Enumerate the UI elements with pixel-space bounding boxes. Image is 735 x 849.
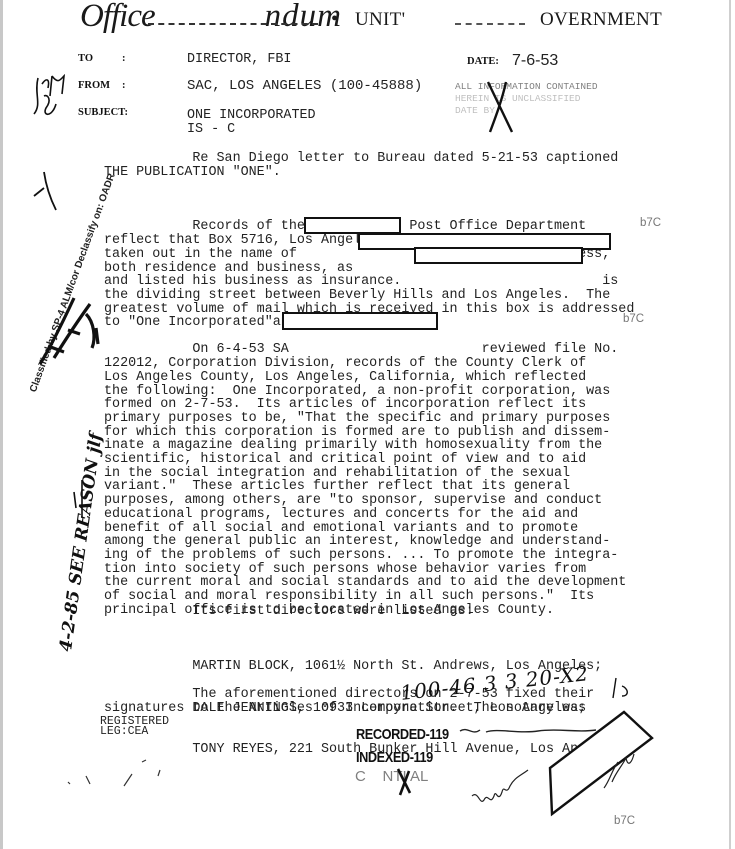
subject-label: SUBJECT: [78, 107, 128, 118]
registered-stamp: REGISTEREDLEG:CEA [100, 717, 169, 737]
scan-specks [60, 760, 210, 800]
handwritten-initials-icon [28, 74, 78, 124]
from-colon: : [122, 80, 126, 91]
margin-check-mark-icon [32, 168, 62, 214]
date-label: DATE: [467, 56, 499, 67]
header-bullet: • [331, 8, 338, 31]
indexed-stamp: INDEXED-119 [356, 749, 433, 766]
confidential-stamp-faded: C NTI AL [355, 768, 428, 785]
redaction-box [282, 312, 438, 330]
exemption-code-b7c: b7C [623, 313, 644, 325]
header-faded-text [148, 23, 318, 25]
recorded-stamp: RECORDED-119 [356, 726, 449, 743]
exemption-code-b7c: b7C [614, 815, 635, 827]
handwritten-x-mark-icon [396, 767, 414, 797]
from-value: SAC, LOS ANGELES (100-45888) [187, 80, 422, 94]
subject-line-2: IS - C [187, 123, 235, 137]
header-faded-text-2 [455, 23, 525, 25]
scan-edge-left [0, 0, 3, 849]
margin-date-note: 4-2-85 SEE REASON jlf [56, 432, 106, 653]
scan-edge-right [729, 0, 731, 849]
handwritten-mark-icon [610, 676, 634, 700]
to-label: TO [78, 53, 93, 64]
declassification-stamp: ALL INFORMATION CONTAINEDHEREIN IS UNCLA… [455, 81, 598, 117]
redaction-box [414, 247, 583, 264]
paragraph-directors-intro: Its first directors were listed as: [104, 605, 474, 619]
document-page: Officendum • UNIT' OVERNMENT TO : DIRECT… [0, 0, 735, 849]
header-government: OVERNMENT [540, 9, 662, 31]
paragraph-reference: Re San Diego letter to Bureau dated 5-21… [104, 152, 618, 179]
subject-line-1: ONE INCORPORATED [187, 109, 316, 123]
header-office-memorandum: Officendum [80, 0, 342, 35]
redaction-box-angled [548, 710, 718, 820]
to-value: DIRECTOR, FBI [187, 53, 291, 67]
redaction-box [304, 217, 401, 234]
margin-handwritten-scrawl-icon [34, 292, 104, 392]
margin-tick-icon [70, 478, 90, 522]
to-colon: : [122, 53, 126, 64]
from-label: FROM [78, 80, 110, 91]
header-united: UNIT' [355, 9, 405, 31]
exemption-code-b7c: b7C [640, 217, 661, 229]
handwritten-x-mark-icon [484, 80, 524, 136]
date-value: 7-6-53 [512, 52, 558, 70]
paragraph-county-clerk: On 6-4-53 SA reviewed file No.122012, Co… [104, 316, 626, 645]
handwritten-signature-icon [470, 766, 530, 812]
